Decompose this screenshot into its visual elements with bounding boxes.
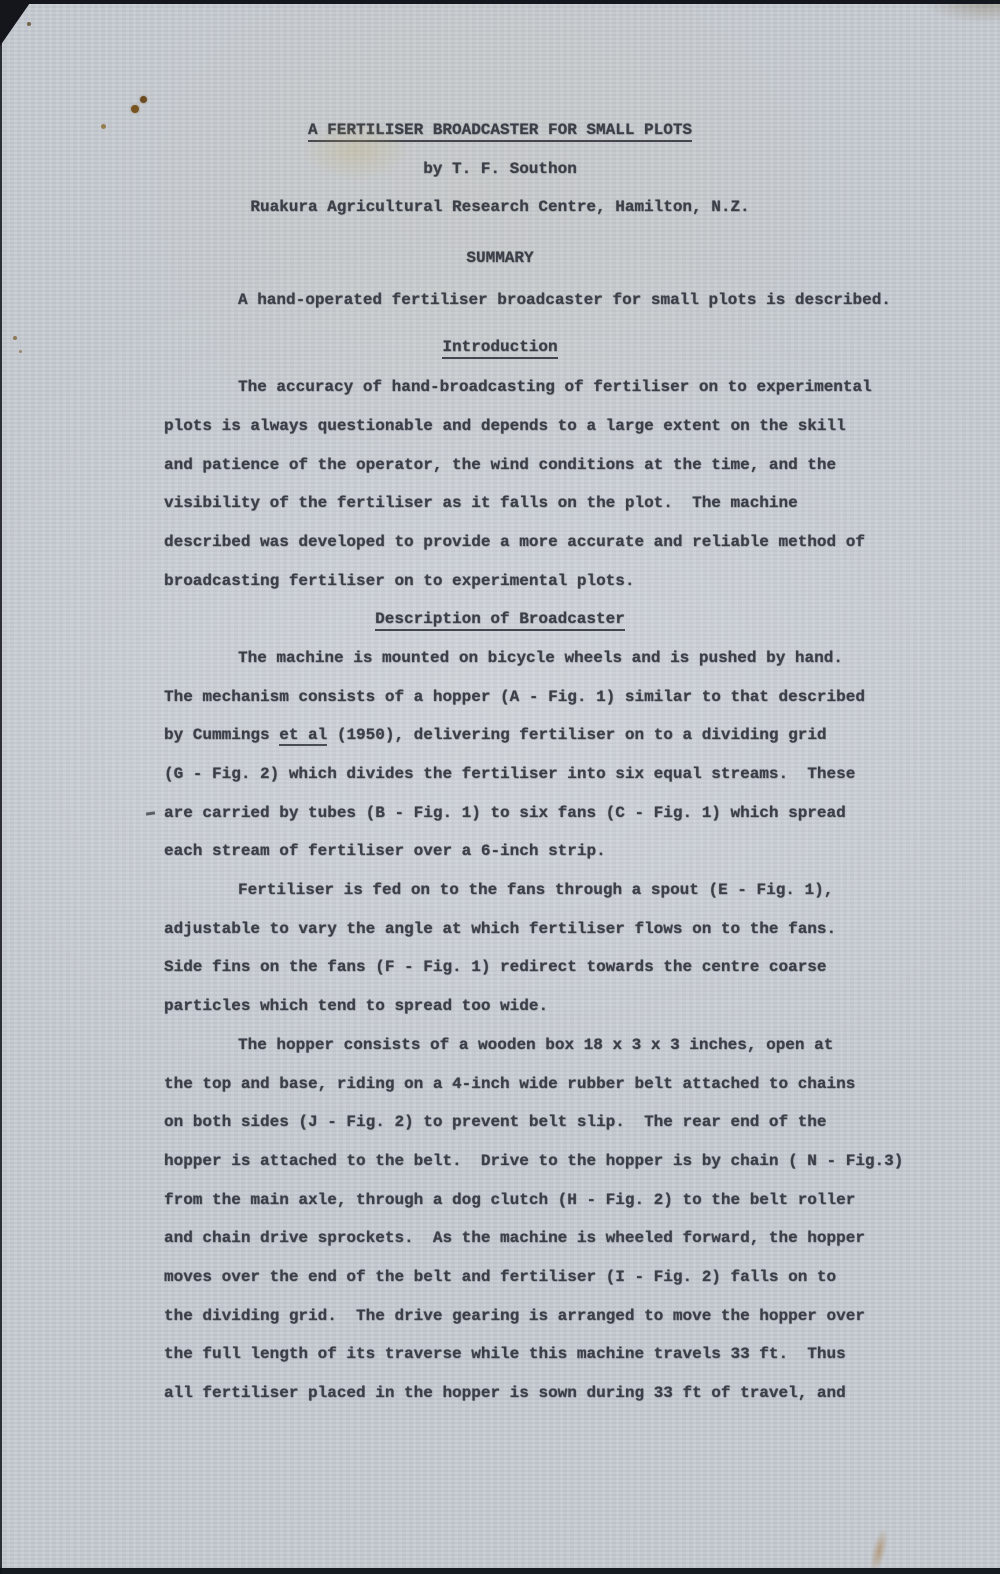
scan-corner-fold (0, 0, 32, 46)
foxing-spot (140, 96, 147, 103)
description-heading-text: Description of Broadcaster (375, 610, 625, 631)
section-heading-description: Description of Broadcaster (164, 600, 836, 639)
paragraph-line: visibility of the fertiliser as it falls… (164, 484, 836, 523)
section-heading-summary: SUMMARY (164, 239, 836, 278)
typewritten-text-column: A FERTILISER BROADCASTER FOR SMALL PLOTS… (164, 0, 836, 1413)
foxing-spot (13, 336, 17, 340)
paragraph-line: and patience of the operator, the wind c… (164, 446, 836, 485)
paragraph-line: The machine is mounted on bicycle wheels… (164, 639, 836, 678)
paragraph-line: The mechanism consists of a hopper (A - … (164, 678, 836, 717)
foxing-spot (131, 105, 139, 113)
paragraph-line: (G - Fig. 2) which divides the fertilise… (164, 755, 836, 794)
section-heading-introduction: Introduction (164, 328, 836, 367)
paragraph-line: by Cummings et al (1950), delivering fer… (164, 716, 836, 755)
line-text: (1950), delivering fertiliser on to a di… (327, 726, 826, 744)
foxing-spot (19, 350, 22, 353)
paragraph-line: the dividing grid. The drive gearing is … (164, 1297, 836, 1336)
pencil-dash-mark (146, 811, 155, 815)
foxing-spot (101, 124, 106, 129)
paragraph-line: particles which tend to spread too wide. (164, 987, 836, 1026)
paragraph-line: moves over the end of the belt and ferti… (164, 1258, 836, 1297)
paragraph-line: described was developed to provide a mor… (164, 523, 836, 562)
paragraph-line: hopper is attached to the belt. Drive to… (164, 1142, 836, 1181)
byline: by T. F. Southon (164, 150, 836, 189)
paragraph-line: The hopper consists of a wooden box 18 x… (164, 1026, 836, 1065)
scan-edge-top (0, 0, 1000, 4)
paragraph-line: each stream of fertiliser over a 6-inch … (164, 832, 836, 871)
document-title: A FERTILISER BROADCASTER FOR SMALL PLOTS (164, 111, 836, 150)
paragraph-line: adjustable to vary the angle at which fe… (164, 910, 836, 949)
paragraph-line: and chain drive sprockets. As the machin… (164, 1219, 836, 1258)
paragraph-line: are carried by tubes (B - Fig. 1) to six… (164, 794, 836, 833)
paragraph-line: all fertiliser placed in the hopper is s… (164, 1374, 836, 1413)
paragraph-line: from the main axle, through a dog clutch… (164, 1181, 836, 1220)
paragraph-line: broadcasting fertiliser on to experiment… (164, 562, 836, 601)
introduction-heading-text: Introduction (442, 338, 557, 359)
affiliation: Ruakura Agricultural Research Centre, Ha… (164, 188, 836, 227)
paragraph-line: the top and base, riding on a 4-inch wid… (164, 1065, 836, 1104)
et-al-underlined: et al (279, 726, 327, 746)
paragraph-line: plots is always questionable and depends… (164, 407, 836, 446)
paper-stain (867, 1527, 892, 1574)
document-page: A FERTILISER BROADCASTER FOR SMALL PLOTS… (0, 0, 1000, 1574)
paragraph-line: Fertiliser is fed on to the fans through… (164, 871, 836, 910)
paper-stain (300, 120, 410, 180)
paragraph-line: the full length of its traverse while th… (164, 1335, 836, 1374)
scan-edge-left (0, 0, 2, 1574)
paragraph-line: The accuracy of hand-broadcasting of fer… (164, 368, 836, 407)
line-text: by Cummings (164, 726, 279, 744)
summary-paragraph-line: A hand-operated fertiliser broadcaster f… (164, 281, 836, 320)
scan-edge-bottom (0, 1568, 1000, 1574)
paragraph-line: Side fins on the fans (F - Fig. 1) redir… (164, 948, 836, 987)
paragraph-line: on both sides (J - Fig. 2) to prevent be… (164, 1103, 836, 1142)
